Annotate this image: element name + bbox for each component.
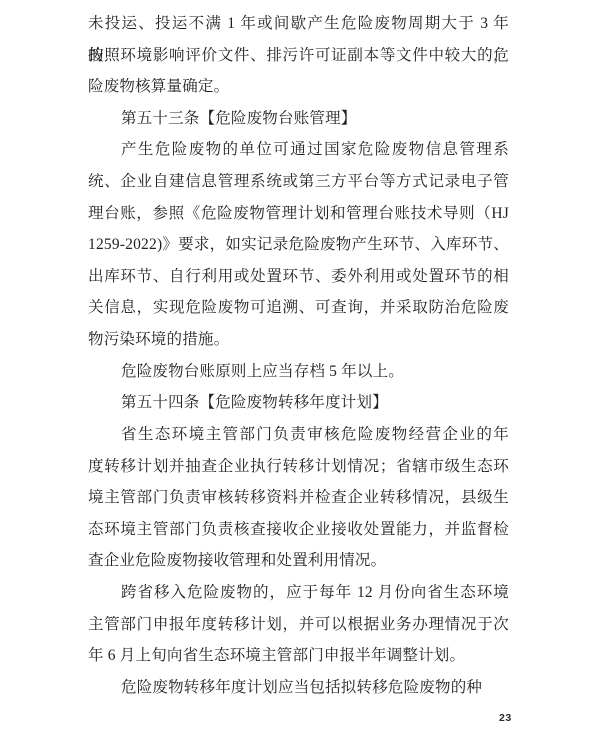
document-page: 未投运、投运不满 1 年或间歇产生危险废物周期大于 3 年的，按照环境影响评价文… bbox=[0, 0, 600, 737]
text-line: 出库环节、自行利用或处置环节、委外利用或处置环节的相 bbox=[88, 261, 509, 293]
text-line: 第五十三条【危险废物台账管理】 bbox=[88, 103, 509, 135]
text-line: 主管部门申报年度转移计划，并可以根据业务办理情况于次 bbox=[88, 609, 509, 641]
text-line: 理台账，参照《危险废物管理计划和管理台账技术导则（HJ bbox=[88, 198, 509, 230]
text-line: 查企业危险废物接收管理和处置利用情况。 bbox=[88, 545, 509, 577]
text-line: 态环境主管部门负责核查接收企业接收处置能力，并监督检 bbox=[88, 514, 509, 546]
text-line: 度转移计划并抽查企业执行转移计划情况；省辖市级生态环 bbox=[88, 451, 509, 483]
text-line: 跨省移入危险废物的，应于每年 12 月份向省生态环境 bbox=[88, 577, 509, 609]
text-line: 未投运、投运不满 1 年或间歇产生危险废物周期大于 3 年的， bbox=[88, 8, 509, 40]
text-line: 年 6 月上旬向省生态环境主管部门申报半年调整计划。 bbox=[88, 640, 509, 672]
text-line: 按照环境影响评价文件、排污许可证副本等文件中较大的危 bbox=[88, 40, 509, 72]
text-line: 统、企业自建信息管理系统或第三方平台等方式记录电子管 bbox=[88, 166, 509, 198]
page-number: 23 bbox=[499, 712, 512, 724]
text-line: 物污染环境的措施。 bbox=[88, 324, 509, 356]
document-lines: 未投运、投运不满 1 年或间歇产生危险废物周期大于 3 年的，按照环境影响评价文… bbox=[88, 8, 509, 703]
text-line: 第五十四条【危险废物转移年度计划】 bbox=[88, 387, 509, 419]
text-line: 省生态环境主管部门负责审核危险废物经营企业的年 bbox=[88, 419, 509, 451]
text-line: 产生危险废物的单位可通过国家危险废物信息管理系 bbox=[88, 134, 509, 166]
text-line: 境主管部门负责审核转移资料并检查企业转移情况，县级生 bbox=[88, 482, 509, 514]
text-line: 危险废物台账原则上应当存档 5 年以上。 bbox=[88, 356, 509, 388]
text-line: 关信息，实现危险废物可追溯、可查询，并采取防治危险废 bbox=[88, 292, 509, 324]
text-line: 危险废物转移年度计划应当包括拟转移危险废物的种 bbox=[88, 672, 509, 704]
text-line: 险废物核算量确定。 bbox=[88, 71, 509, 103]
text-line: 1259-2022)》要求，如实记录危险废物产生环节、入库环节、 bbox=[88, 229, 509, 261]
